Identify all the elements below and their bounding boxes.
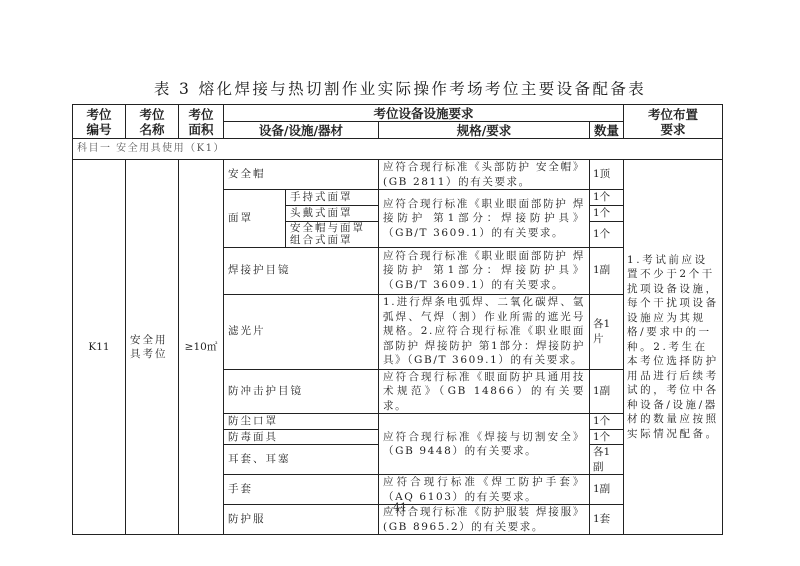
station-area: ≥10㎡ xyxy=(179,160,224,535)
equipment-name: 防毒面具 xyxy=(224,429,379,445)
header-layout-line1: 考位布置 xyxy=(624,107,722,122)
equipment-qty: 1个 xyxy=(590,429,624,445)
equipment-qty: 1个 xyxy=(590,221,624,247)
station-name: 安全用具考位 xyxy=(126,160,179,535)
equipment-spec: 应符合现行标准《焊接与切割安全》（GB 9448）的有关要求。 xyxy=(379,414,590,475)
equipment-qty: 1顶 xyxy=(590,160,624,190)
equipment-spec: 应符合现行标准《焊工防护手套》（AQ 6103）的有关要求。 xyxy=(379,475,590,505)
equipment-spec: 应符合现行标准《眼面防护具通用技术规范》（GB 14866）的有关要求。 xyxy=(379,369,590,414)
header-station-id-line2: 编号 xyxy=(73,122,125,137)
header-station-area-line1: 考位 xyxy=(179,107,223,122)
header-equipment: 设备/设施/器材 xyxy=(224,122,379,139)
sub-equipment-name: 安全帽与面罩组合式面罩 xyxy=(286,221,379,247)
equipment-qty: 各1片 xyxy=(590,294,624,369)
equipment-name: 安全帽 xyxy=(224,160,379,190)
equipment-qty: 1副 xyxy=(590,247,624,294)
section-row: 科目一 安全用具使用（K1） xyxy=(73,139,723,160)
equipment-spec: 应符合现行标准《职业眼面部防护 焊接防护 第1部分：焊接防护具》（GB/T 36… xyxy=(379,190,590,248)
header-station-id: 考位 编号 xyxy=(73,105,126,139)
equipment-qty: 1个 xyxy=(590,190,624,206)
table-title: 表 3 熔化焊接与热切割作业实际操作考场考位主要设备配备表 xyxy=(0,77,800,99)
header-station-name-line1: 考位 xyxy=(126,107,178,122)
equipment-name: 手套 xyxy=(224,475,379,505)
header-layout-requirement: 考位布置 要求 xyxy=(624,105,723,139)
header-equipment-group: 考位设备设施要求 xyxy=(224,105,624,122)
header-spec: 规格/要求 xyxy=(379,122,590,139)
header-station-name-line2: 名称 xyxy=(126,122,178,137)
layout-requirement: 1.考试前应设置不少于2个干扰项设备设施，每个干扰项设备设施应为其规格/要求中的… xyxy=(624,160,723,535)
header-layout-line2: 要求 xyxy=(624,122,722,137)
equipment-spec: 应符合现行标准《头部防护 安全帽》(GB 2811）的有关要求。 xyxy=(379,160,590,190)
equipment-spec: 应符合现行标准《职业眼面部防护 焊接防护 第1部分：焊接防护具》（GB/T 36… xyxy=(379,247,590,294)
equipment-name: 面罩 xyxy=(224,190,286,248)
equipment-name: 耳套、耳塞 xyxy=(224,445,379,475)
equipment-qty: 1副 xyxy=(590,369,624,414)
equipment-table: 考位 编号 考位 名称 考位 面积 考位设备设施要求 考位布置 要求 设备/设施… xyxy=(72,104,723,535)
header-station-name: 考位 名称 xyxy=(126,105,179,139)
equipment-qty: 各1副 xyxy=(590,445,624,475)
equipment-name: 焊接护目镜 xyxy=(224,247,379,294)
equipment-name: 滤光片 xyxy=(224,294,379,369)
sub-equipment-name: 头戴式面罩 xyxy=(286,206,379,222)
equipment-name: 防尘口罩 xyxy=(224,414,379,430)
equipment-qty: 1个 xyxy=(590,206,624,222)
header-station-id-line1: 考位 xyxy=(73,107,125,122)
header-station-area: 考位 面积 xyxy=(179,105,224,139)
page-number: - 41 - xyxy=(0,501,800,514)
header-station-area-line2: 面积 xyxy=(179,122,223,137)
equipment-qty: 1副 xyxy=(590,475,624,505)
equipment-name: 防冲击护目镜 xyxy=(224,369,379,414)
equipment-qty: 1个 xyxy=(590,414,624,430)
equipment-spec: 1.进行焊条电弧焊、二氧化碳焊、氩弧焊、气焊（割）作业所需的遮光号规格。2.应符… xyxy=(379,294,590,369)
header-qty: 数量 xyxy=(590,122,624,139)
station-id: K11 xyxy=(73,160,126,535)
sub-equipment-name: 手持式面罩 xyxy=(286,190,379,206)
